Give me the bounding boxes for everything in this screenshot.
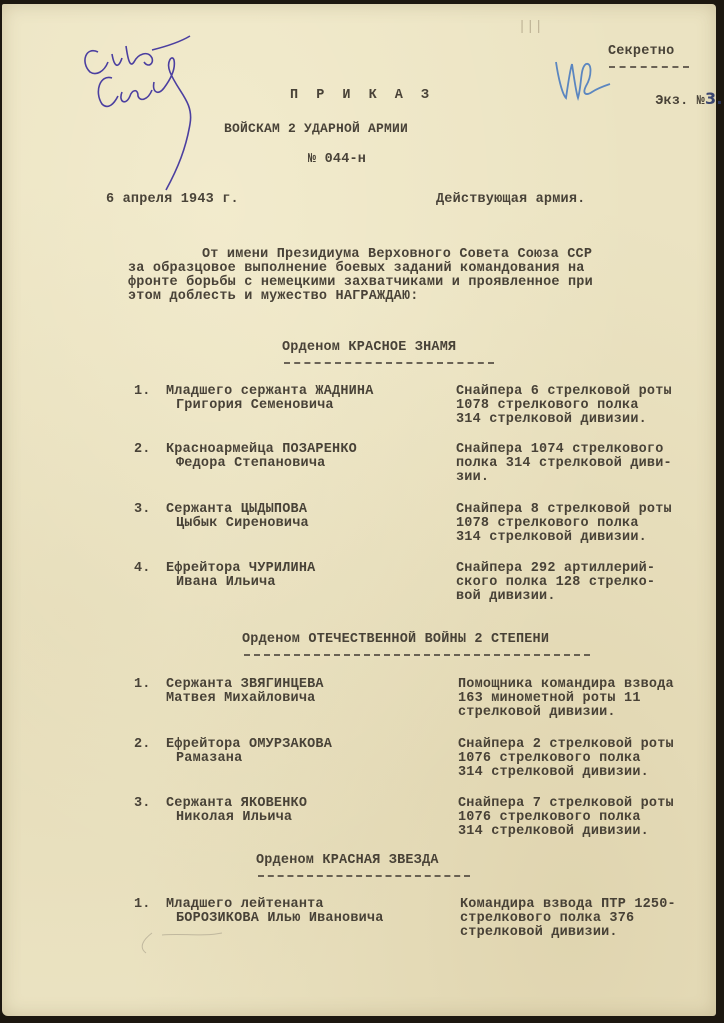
entry-unit-line-1: Снайпера 6 стрелковой роты (456, 384, 672, 399)
entry-name-line-2: Цыбык Сиреновича (176, 516, 309, 531)
entry-number: 2. (134, 737, 151, 752)
order-number: № 044-н (308, 152, 366, 167)
entry-unit-line-1: Снайпера 292 артиллерий- (456, 561, 655, 576)
entry-name-line-2: Григория Семеновича (176, 398, 334, 413)
entry-unit-line-2: 1076 стрелкового полка (458, 751, 641, 766)
entry-number: 1. (134, 677, 151, 692)
preamble-line-1: От имени Президиума Верховного Совета Со… (202, 247, 592, 262)
entry-name-line-2: БОРОЗИКОВА Илью Ивановича (176, 911, 384, 926)
entry-unit-line-3: стрелковой дивизии. (460, 925, 618, 940)
preamble-line-2: за образцовое выполнение боевых заданий … (128, 261, 585, 276)
entry-unit-line-1: Снайпера 2 стрелковой роты (458, 737, 674, 752)
order-subtitle: ВОЙСКАМ 2 УДАРНОЙ АРМИИ (224, 121, 408, 136)
order-date: 6 апреля 1943 г. (106, 192, 239, 207)
entry-unit-line-1: Снайпера 1074 стрелкового (456, 442, 664, 457)
entry-unit-line-3: 314 стрелковой дивизии. (458, 765, 649, 780)
entry-unit-line-2: стрелкового полка 376 (460, 911, 634, 926)
secret-label: Секретно (608, 44, 674, 59)
section-underline (244, 654, 590, 656)
entry-unit-line-2: ского полка 128 стрелко- (456, 575, 655, 590)
copy-label: Экз. №3. (622, 76, 723, 124)
preamble-line-3: фронте борьбы с немецкими захватчиками и… (128, 275, 593, 290)
entry-unit-line-3: вой дивизии. (456, 589, 556, 604)
entry-unit-line-1: Командира взвода ПТР 1250- (460, 897, 676, 912)
copy-number: 3. (705, 89, 723, 108)
order-title: П Р И К А З (290, 88, 434, 103)
section-heading-red-star: Орденом КРАСНАЯ ЗВЕЗДА (256, 853, 439, 868)
entry-unit-line-2: 1078 стрелкового полка (456, 516, 639, 531)
entry-unit-line-1: Снайпера 8 стрелковой роты (456, 502, 672, 517)
entry-name-line-2: Ивана Ильича (176, 575, 276, 590)
pencil-mark-icon (122, 929, 242, 969)
entry-unit-line-2: 1076 стрелкового полка (458, 810, 641, 825)
entry-unit-line-3: зии. (456, 470, 489, 485)
entry-name-line-1: Младшего сержанта ЖАДНИНА (166, 384, 374, 399)
entry-name-line-2: Николая Ильича (176, 810, 292, 825)
entry-name-line-2: Федора Степановича (176, 456, 325, 471)
section-heading-patriotic-war: Орденом ОТЕЧЕСТВЕННОЙ ВОЙНЫ 2 СТЕПЕНИ (242, 632, 549, 647)
section-underline (258, 875, 470, 877)
entry-name-line-2: Рамазана (176, 751, 242, 766)
entry-number: 3. (134, 796, 151, 811)
order-place: Действующая армия. (436, 192, 585, 207)
entry-number: 1. (134, 897, 151, 912)
faint-marks: ||| (518, 20, 543, 35)
section-underline (284, 362, 494, 364)
entry-number: 4. (134, 561, 151, 576)
entry-name-line-1: Красноармейца ПОЗАРЕНКО (166, 442, 357, 457)
document-page: ||| Секретно Экз. №3. П Р И К А З ВОЙСКА… (2, 4, 716, 1016)
copy-label-text: Экз. № (655, 94, 705, 109)
handwritten-initials-icon (552, 54, 612, 114)
entry-name-line-1: Ефрейтора ОМУРЗАКОВА (166, 737, 332, 752)
section-heading-red-banner: Орденом КРАСНОЕ ЗНАМЯ (282, 340, 456, 355)
entry-name-line-2: Матвея Михайловича (166, 691, 315, 706)
entry-unit-line-2: полка 314 стрелковой диви- (456, 456, 672, 471)
entry-unit-line-1: Помощника командира взвода (458, 677, 674, 692)
entry-unit-line-3: 314 стрелковой дивизии. (456, 530, 647, 545)
entry-unit-line-3: 314 стрелковой дивизии. (458, 824, 649, 839)
entry-number: 2. (134, 442, 151, 457)
secret-underline (609, 66, 689, 68)
entry-number: 3. (134, 502, 151, 517)
entry-name-line-1: Сержанта ЯКОВЕНКО (166, 796, 307, 811)
entry-name-line-1: Сержанта ЗВЯГИНЦЕВА (166, 677, 324, 692)
entry-unit-line-1: Снайпера 7 стрелковой роты (458, 796, 674, 811)
entry-unit-line-2: 1078 стрелкового полка (456, 398, 639, 413)
entry-name-line-1: Ефрейтора ЧУРИЛИНА (166, 561, 315, 576)
entry-unit-line-2: 163 минометной роты 11 (458, 691, 641, 706)
entry-number: 1. (134, 384, 151, 399)
preamble-line-4: этом доблесть и мужество НАГРАЖДАЮ: (128, 289, 419, 304)
entry-name-line-1: Младшего лейтенанта (166, 897, 324, 912)
entry-name-line-1: Сержанта ЦЫДЫПОВА (166, 502, 307, 517)
entry-unit-line-3: 314 стрелковой дивизии. (456, 412, 647, 427)
entry-unit-line-3: стрелковой дивизии. (458, 705, 616, 720)
